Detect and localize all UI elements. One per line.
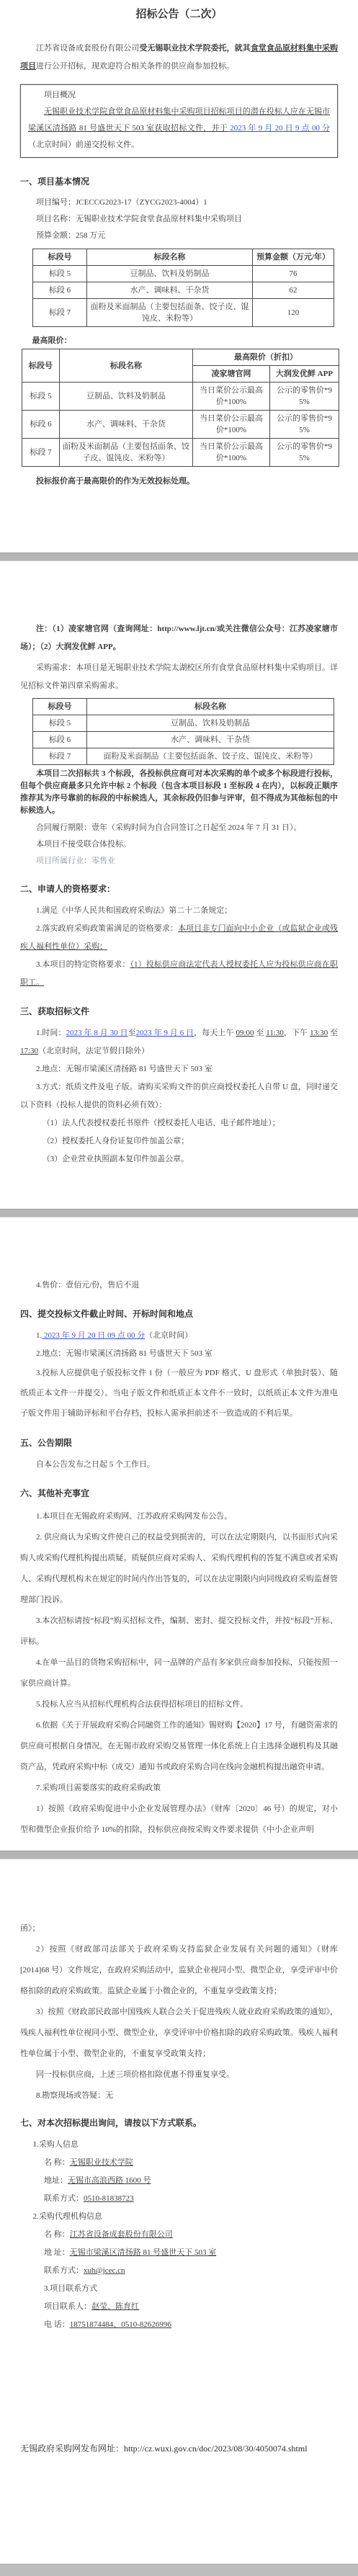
doc-price-line: 4.售价：壹佰元/份，售后不退 <box>20 1276 338 1294</box>
max-price-cell: 标段 6 <box>22 411 60 439</box>
buyer-addr-line: 地址：无锡市高浪西路 1600 号 <box>20 2172 338 2190</box>
policy-sub-1-continuation: 函》； <box>20 1918 338 1939</box>
buyer-tel-line: 联系方式：0510-81838723 <box>20 2190 338 2208</box>
page-break-bar <box>0 1851 358 1859</box>
time-sep-1: 至 <box>254 1029 267 1037</box>
buyer-name-label: 名 称： <box>44 2158 70 2167</box>
document-page: 招标公告（二次） 江苏省设备成套股份有限公司受无锡职业技术学院委托，就其食堂食品… <box>0 0 358 2576</box>
budget-th-amount: 预算金额（万元/年） <box>253 249 334 266</box>
sections-table-row: 标段 6 水产、调味料、干杂货 <box>33 732 334 748</box>
obtain-place-line: 2.地点：无锡市梁溪区清扬路 81 号盛世天下 503 室 <box>20 1060 338 1078</box>
sections-th-no: 标段号 <box>33 699 87 715</box>
budget-cell: 水产、调味料、干杂货 <box>87 282 253 299</box>
agent-name-line: 名 称：江苏省设备成套股份有限公司 <box>20 2226 338 2244</box>
qualification-1: 1.满足《中华人民共和国政府采购法》第二十二条规定； <box>20 902 338 920</box>
obtain-time-line: 1.时间：2023 年 8 月 30 日至2023 年 9 月 6 日，每天上午… <box>20 1024 338 1060</box>
budget-cell: 120 <box>253 299 334 327</box>
other-item-5: 5.投标人应当从招标代理机构合法获得招标项目的招标文件。 <box>20 1694 338 1715</box>
budget-table: 标段号 标段名称 预算金额（万元/年） 标段 5 豆制品、饮料及奶制品 76 标… <box>32 249 334 327</box>
page-break-bar <box>0 553 358 561</box>
agent-addr-value: 无锡市梁溪区清扬路 81 号盛世天下 503 室 <box>70 2248 217 2257</box>
afternoon-close-time: 17:30 <box>20 1047 38 1055</box>
page-2: 注：（1）凌家塘官网（查询网址：http://www.ljt.cn/或关注微信公… <box>0 561 358 1209</box>
budget-cell: 标段 7 <box>33 299 87 327</box>
intro-seg-3: 进行公开招标，现欢迎符合相关条件的供应商参加投标。 <box>36 62 234 71</box>
budget-table-row: 标段 6 水产、调味料、干杂货 62 <box>33 282 334 299</box>
max-price-row: 标段 7 面粉及米面制品（主要包括面条、饺子皮、馄饨皮、米粉等） 当日菜价公示最… <box>22 439 339 467</box>
max-price-header-row-1: 标段号 标段名称 最高限价（折扣） <box>22 349 339 366</box>
sections-cell: 标段 7 <box>33 748 87 765</box>
max-price-row: 标段 5 豆制品、饮料及奶制品 当日菜价公示最高价*100% 公示的零售价*95… <box>22 383 339 411</box>
section-2-heading: 二、申请人的资格要求： <box>20 882 338 895</box>
deadline-date-link[interactable]: 2023 年 9 月 20 日 9 点 00 分 <box>228 124 330 133</box>
project-number-line: 项目编号：JCECCG2023-17（ZYCG2023-4004）1 <box>20 194 338 211</box>
qualification-2: 2.落实政府采购政策需满足的资格要求：本项目非专门面向中小企业（或监狱企业或残疾… <box>20 920 338 956</box>
max-price-cell: 当日菜价公示最高价*100% <box>193 383 270 411</box>
sections-table-header-row: 标段号 标段名称 <box>33 699 334 715</box>
intro-seg-2: 受无锡职业技术学院委托，就其 <box>139 44 250 53</box>
electronic-copy-rule: 3.投标人应提供电子版投标文件 1 份（一般应为 PDF 格式、U 盘形式（单独… <box>20 1363 338 1423</box>
agent-name-label: 名 称： <box>44 2230 70 2239</box>
invalid-bid-note: 投标报价高于最高限价的作为无效投标处理。 <box>20 473 338 491</box>
doc-title: 招标公告（二次） <box>20 6 338 21</box>
project-overview-box: 项目概况 无锡职业技术学院食堂食品原材料集中采购项目招标项目的潜在投标人应在无锡… <box>20 84 338 158</box>
sections-cell: 豆制品、饮料及奶制品 <box>87 715 334 732</box>
budget-cell: 面粉及米面制品（主要包括面条、饺子皮、馄饨皮、米粉等） <box>87 299 253 327</box>
sections-cell: 水产、调味料、干杂货 <box>87 732 334 748</box>
other-item-4: 4.在单一品目的货物采购招标中，同一品牌的产品有多家供应商参加投标，只能按照一家… <box>20 1653 338 1694</box>
overview-box-tail: （北京时间）前递交投标文件。 <box>28 140 139 149</box>
bottom-page-edge-bar <box>0 2564 358 2576</box>
budget-table-row: 标段 5 豆制品、饮料及奶制品 76 <box>33 266 334 282</box>
budget-cell: 标段 5 <box>33 266 87 282</box>
project-tel-label: 电 话： <box>44 2320 70 2329</box>
policy-sub-2: 2）按照《财政部司法部关于政府采购支持监狱企业发展有关问题的通知》（财库[201… <box>20 1939 338 2002</box>
obtain-end-date-link[interactable]: 2023 年 9 月 6 日 <box>136 1029 194 1037</box>
other-item-6: 6.依据《关于开展政府采购合同融资工作的通知》锡财购【2020】17 号，有融资… <box>20 1715 338 1778</box>
buyer-addr-value: 无锡市高浪西路 1600 号 <box>68 2176 151 2185</box>
deadline-line: 1. 2023 年 9 月 20 日 09 点 00 分（北京时间） <box>20 1327 338 1345</box>
section-1-heading: 一、项目基本情况 <box>20 175 338 187</box>
budget-th-name: 标段名称 <box>87 249 253 266</box>
max-price-th-span: 最高限价（折扣） <box>193 349 339 366</box>
section-7-heading: 七、对本次招标提出询问，请按以下方式联系。 <box>20 2116 338 2129</box>
page-3: 4.售价：壹佰元/份，售后不退 四、提交投标文件截止时间、开标时间和地点 1. … <box>0 1217 358 1851</box>
max-price-label: 最高限价： <box>20 334 338 346</box>
other-item-1: 1.本项目在无锡政府采购网、江苏政府采购网发布公告。 <box>20 1506 338 1527</box>
afternoon-open-time: 13:30 <box>310 1029 328 1037</box>
project-contact-value: 赵莹、陈育红 <box>91 2302 139 2311</box>
spacer <box>20 1841 338 1851</box>
sections-th-name: 标段名称 <box>87 699 334 715</box>
buyer-tel-value: 0510-81838723 <box>84 2194 134 2203</box>
agent-tel-value: xuh@jcec.cn <box>84 2266 125 2275</box>
qualification-3-label: 3.本项目的特定资格要求： <box>36 960 130 969</box>
project-name-line: 项目名称：无锡职业技术学院食堂食品原材料集中采购项目 <box>20 211 338 228</box>
project-tel-value: 18751874484、0510-82626996 <box>70 2320 171 2329</box>
announcement-period: 自本公告发布之日起 5 个工作日。 <box>20 1456 338 1474</box>
required-doc-1: （1）法人代表授权委托书原件（授权委托人电话、电子邮件地址）； <box>20 1114 338 1132</box>
policy-no-duplicate: 同一投标供应商，上述三项价格扣除优惠不得重复享受。 <box>20 2065 338 2085</box>
budget-table-header-row: 标段号 标段名称 预算金额（万元/年） <box>33 249 334 266</box>
max-price-th-ljt: 凌家塘官网 <box>193 366 270 383</box>
page-break-bar <box>0 1209 358 1217</box>
buyer-name-line: 名 称：无锡职业技术学院 <box>20 2154 338 2172</box>
max-price-cell: 标段 7 <box>22 439 60 467</box>
budget-table-row: 标段 7 面粉及米面制品（主要包括面条、饺子皮、馄饨皮、米粉等） 120 <box>33 299 334 327</box>
max-price-cell: 当日菜价公示最高价*100% <box>193 439 270 467</box>
time-sep-3: 至 <box>328 1029 338 1037</box>
buyer-addr-label: 地址： <box>44 2176 68 2185</box>
project-contact-title: 3.项目联系方式 <box>20 2280 338 2298</box>
max-price-th-no: 标段号 <box>22 349 60 383</box>
sections-cell: 标段 6 <box>33 732 87 748</box>
procurement-demand: 采购需求：本项目是无锡职业技术学院太湖校区所有食堂食品原材料集中采购项目。详见招… <box>20 659 338 695</box>
budget-cell: 豆制品、饮料及奶制品 <box>87 266 253 282</box>
budget-line: 预算金额：258 万元 <box>20 228 338 244</box>
spacer <box>20 561 338 620</box>
obtain-time-mid: ，每天上午 <box>194 1029 236 1037</box>
obtain-time-tail: （北京时间，法定节假日除外） <box>38 1047 149 1055</box>
section-3-heading: 三、获取招标文件 <box>20 1005 338 1017</box>
max-price-th-name: 标段名称 <box>60 349 193 383</box>
deadline-tail: （北京时间） <box>145 1331 192 1340</box>
policy-sub-3: 3）按照《财政部民政部中国残疾人联合会关于促进残疾人就业政府采购政策的通知》，残… <box>20 2002 338 2065</box>
other-item-3: 3.本次招标请按“标段”购买招标文件，编制、密封、提交投标文件，并按“标段”开标… <box>20 1611 338 1653</box>
max-price-cell: 水产、调味料、干杂货 <box>60 411 193 439</box>
project-tel-line: 电 话：18751874484、0510-82626996 <box>20 2316 338 2334</box>
bid-deadline-date-link[interactable]: 2023 年 9 月 20 日 09 点 00 分 <box>42 1331 145 1340</box>
time-sep-2: ，下午 <box>284 1029 310 1037</box>
intro-paragraph: 江苏省设备成套股份有限公司受无锡职业技术学院委托，就其食堂食品原材料集中采购项目… <box>20 40 338 76</box>
max-price-cell: 面粉及米面制品（主要包括面条、饺子皮、馄饨皮、米粉等） <box>60 439 193 467</box>
buyer-tel-label: 联系方式： <box>44 2194 84 2203</box>
deadline-number: 1. <box>36 1331 42 1340</box>
morning-close-time: 11:30 <box>266 1029 284 1037</box>
sections-table-row: 标段 7 面粉及米面制品（主要包括面条、饺子皮、馄饨皮、米粉等） <box>33 748 334 765</box>
obtain-time-label: 1.时间： <box>36 1029 66 1037</box>
spacer <box>20 1168 338 1209</box>
section-6-heading: 六、其他补充事宜 <box>20 1487 338 1499</box>
agent-addr-line: 地 址：无锡市梁溪区清扬路 81 号盛世天下 503 室 <box>20 2244 338 2262</box>
spacer <box>20 491 338 553</box>
overview-box-heading: 项目概况 <box>28 87 330 104</box>
publish-url-line: 无锡政府采购网发布网址：http://cz.wuxi.gov.cn/doc/20… <box>20 2442 338 2455</box>
morning-open-time: 09:00 <box>236 1029 254 1037</box>
buyer-name-value: 无锡职业技术学院 <box>70 2158 133 2167</box>
max-price-cell: 公示的零售价*95% <box>270 411 339 439</box>
policy-sub-1: 1）按照《政府采购促进中小企业发展管理办法》（财库〔2020〕46 号）的规定，… <box>20 1799 338 1841</box>
spacer <box>20 2334 338 2442</box>
required-doc-3: （3）企业营业执照副本复印件加盖公章。 <box>20 1150 338 1168</box>
required-doc-2: （2）授权委托人身份证复印件加盖公章； <box>20 1132 338 1150</box>
max-price-cell: 豆制品、饮料及奶制品 <box>60 383 193 411</box>
overview-box-body: 无锡职业技术学院食堂食品原材料集中采购项目招标项目的潜在投标人应在无锡市梁溪区清… <box>28 104 330 153</box>
agent-info-title: 2.采购代理机构信息 <box>20 2208 338 2226</box>
qualification-2-label: 2.落实政府采购政策需满足的资格要求： <box>36 924 178 933</box>
budget-cell: 76 <box>253 266 334 282</box>
max-price-th-rt: 大润发优鲜 APP <box>270 366 339 383</box>
page-1: 招标公告（二次） 江苏省设备成套股份有限公司受无锡职业技术学院委托，就其食堂食品… <box>0 6 358 553</box>
obtain-start-date-link[interactable]: 2023 年 8 月 30 日 <box>66 1029 128 1037</box>
obtain-to-text: 至 <box>128 1029 136 1037</box>
other-item-8: 8.勘察现场或答疑：无 <box>20 2085 338 2106</box>
max-price-cell: 公示的零售价*95% <box>270 383 339 411</box>
max-price-cell: 标段 5 <box>22 383 60 411</box>
max-price-row: 标段 6 水产、调味料、干杂货 当日菜价公示最高价*100% 公示的零售价*95… <box>22 411 339 439</box>
max-price-cell: 公示的零售价*95% <box>270 439 339 467</box>
agent-addr-label: 地 址： <box>44 2248 70 2257</box>
agent-tel-label: 联系方式： <box>44 2266 84 2275</box>
budget-cell: 62 <box>253 282 334 299</box>
max-price-cell: 当日菜价公示最高价*100% <box>193 411 270 439</box>
budget-cell: 标段 6 <box>33 282 87 299</box>
project-contact-label: 项目联系人： <box>44 2302 91 2311</box>
page-4: 函》； 2）按照《财政部司法部关于政府采购支持监狱企业发展有关问题的通知》（财库… <box>0 1859 358 2455</box>
other-item-2: 2. 供应商认为采购文件使自己的权益受到损害的，可以在法定期限内，以书面形式向采… <box>20 1527 338 1611</box>
sections-cell: 面粉及米面制品（主要包括面条、饺子皮、馄饨皮、米粉等） <box>87 748 334 765</box>
obtain-method-line: 3.方式：纸质文件及电子版。请购买采购文件的供应商授权委托人自带 U 盘，同时递… <box>20 1078 338 1114</box>
section-5-heading: 五、公告期限 <box>20 1436 338 1449</box>
sections-table: 标段号 标段名称 标段 5 豆制品、饮料及奶制品 标段 6 水产、调味料、干杂货… <box>32 698 334 765</box>
budget-th-no: 标段号 <box>33 249 87 266</box>
other-item-7: 7.采购项目需要落实的政府采购政策 <box>20 1778 338 1799</box>
section-4-heading: 四、提交投标文件截止时间、开标时间和地点 <box>20 1307 338 1320</box>
price-source-note: 注：（1）凌家塘官网（查询网址：http://www.ljt.cn/或关注微信公… <box>20 620 338 656</box>
max-price-table: 标段号 标段名称 最高限价（折扣） 凌家塘官网 大润发优鲜 APP 标段 5 豆… <box>22 349 339 467</box>
project-contact-line: 项目联系人：赵莹、陈育红 <box>20 2298 338 2316</box>
buyer-info-title: 1.采购人信息 <box>20 2136 338 2154</box>
spacer <box>20 1217 338 1276</box>
spacer <box>20 1859 338 1918</box>
opening-place-line: 2.地点：无锡市梁溪区清扬路 81 号盛世天下 503 室 <box>20 1345 338 1363</box>
agent-name-value: 江苏省设备成套股份有限公司 <box>70 2230 173 2239</box>
intro-seg-1: 江苏省设备成套股份有限公司 <box>36 44 139 53</box>
contract-term: 合同履行期限：壹年（采购时间为自合同签订之日起至 2024 年 7 月 31 日… <box>20 820 338 836</box>
no-consortium: 本项目不接受联合体投标。 <box>20 836 338 853</box>
sections-table-row: 标段 5 豆制品、饮料及奶制品 <box>33 715 334 732</box>
agent-tel-line: 联系方式：xuh@jcec.cn <box>20 2262 338 2280</box>
qualification-3: 3.本项目的特定资格要求：（1）投标供应商法定代表人授权委托人应为投标供应商在职… <box>20 956 338 992</box>
multi-bid-rule: 本项目二次招标共 3 个标段，各投标供应商可对本次采购的单个或多个标段进行投标，… <box>20 768 338 817</box>
sections-cell: 标段 5 <box>33 715 87 732</box>
industry-line: 项目所属行业：零售业 <box>20 853 338 869</box>
